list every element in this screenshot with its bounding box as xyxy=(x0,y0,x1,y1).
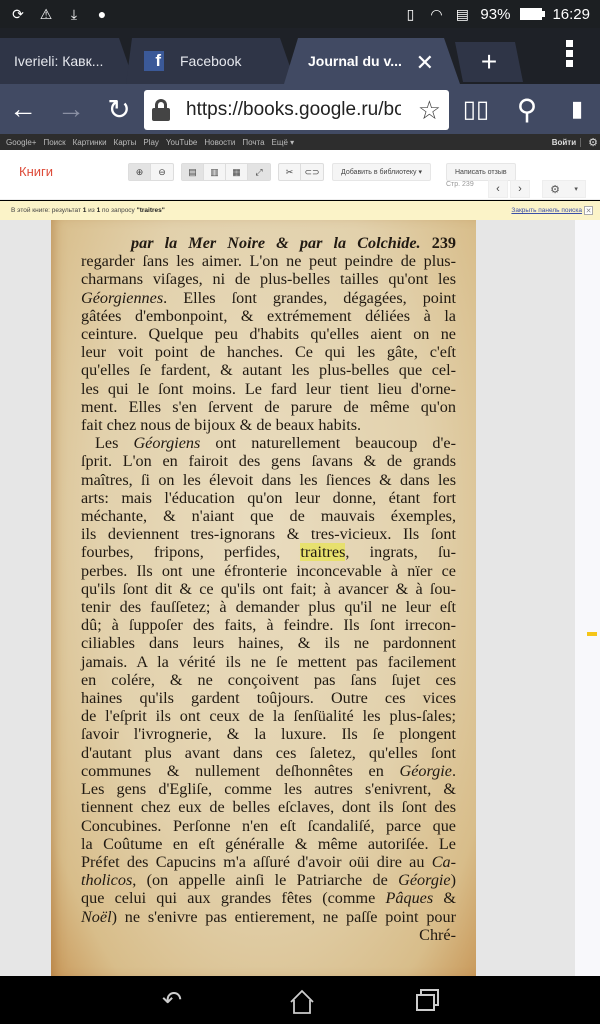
search-hit-marker[interactable] xyxy=(587,632,597,636)
text-line: ils deviennent tres-ignorans & tres-vici… xyxy=(81,525,456,543)
books-logo[interactable]: Книги xyxy=(19,164,53,179)
page-number: 239 xyxy=(432,234,456,252)
text-line: Les gens d'Egliſe, comme les autres s'en… xyxy=(81,780,456,798)
text-line: méchante, & n'aiant que de mauvais éxemp… xyxy=(81,507,456,525)
clock: 16:29 xyxy=(552,6,590,23)
prev-page-button[interactable]: ‹ xyxy=(488,180,508,198)
text-line: la Coûtume en eſt généralle & même autor… xyxy=(81,835,456,853)
gear-icon[interactable]: ⚙ xyxy=(588,136,600,149)
text-line: regarder ſans les aimer. L'on ne peut pe… xyxy=(81,252,456,270)
clip-link-controls: ✂ ⊂⊃ xyxy=(278,163,324,181)
text-line: qu'elles ſe fardent, & autant les plus-b… xyxy=(81,361,456,379)
gbar-link-youtube[interactable]: YouTube xyxy=(166,138,197,147)
text-line: tiennent chez eux de belles eſclaves, do… xyxy=(81,798,456,816)
search-icon: ⚲ xyxy=(517,93,538,126)
text-line: leur voit point de hanches. Ce qui les g… xyxy=(81,343,456,361)
status-bar: ⟳ ⚠ ⤓ ● ▯ ◠ ▤ 93% 16:29 xyxy=(0,0,600,28)
gbar-link-googleplus[interactable]: Google+ xyxy=(6,138,36,147)
page-text: par la Mer Noire & par la Colchide. 239 … xyxy=(81,234,456,944)
battery-percent: 93% xyxy=(480,6,510,23)
text-line: communes & nullement deſhonnêtes en Géor… xyxy=(81,762,456,780)
gbar-link-mail[interactable]: Почта xyxy=(242,138,264,147)
text-line: gâtées d'embonpoint, & extrémement délié… xyxy=(81,307,456,325)
link-icon[interactable]: ⊂⊃ xyxy=(301,164,323,180)
text-line: d'autant plus avant dans ces ſaletez, qu… xyxy=(81,744,456,762)
warning-icon: ⚠ xyxy=(38,6,54,22)
book-viewer[interactable]: par la Mer Noire & par la Colchide. 239 … xyxy=(0,220,600,976)
zoom-in-icon[interactable]: ⊕ xyxy=(129,164,151,180)
star-icon[interactable]: ☆ xyxy=(418,95,441,126)
text-line: Noël) ne s'enivre pas entierement, ne pa… xyxy=(81,908,456,926)
viewer-scrollbar[interactable] xyxy=(575,220,600,976)
tab-label: Iverieli: Кавк... xyxy=(14,53,103,69)
text-line: ſavoir l'ivrognerie, & la luxure. Ils ſe… xyxy=(81,725,456,743)
book-page-image[interactable]: par la Mer Noire & par la Colchide. 239 … xyxy=(51,220,476,976)
status-right-icons: ▯ ◠ ▤ 93% 16:29 xyxy=(402,6,590,23)
text-line: perbes. Ils ont une éfronterie inconceva… xyxy=(81,562,456,580)
text-line: ciliables dans leurs haines, & ils ne pa… xyxy=(81,634,456,652)
home-icon xyxy=(289,989,311,1011)
signin-link[interactable]: Войти xyxy=(552,138,581,147)
search-button[interactable]: ⚲ xyxy=(506,88,548,130)
search-results-panel: В этой книге: результат 1 из 1 по запрос… xyxy=(0,201,600,220)
text-line: tholicos, (on appelle ainſi le Patriarch… xyxy=(81,871,456,889)
arrow-left-icon: ← xyxy=(9,93,37,125)
tab-label: Facebook xyxy=(180,53,241,69)
running-head: par la Mer Noire & par la Colchide. 239 xyxy=(81,234,456,252)
settings-gear-icon: ⚙ xyxy=(550,183,560,196)
search-result-text: В этой книге: результат 1 из 1 по запрос… xyxy=(11,207,165,214)
text-line: arts: mais l'éducation qu'on leur donne,… xyxy=(81,489,456,507)
close-icon[interactable]: ✕ xyxy=(584,206,593,215)
gbar-link-images[interactable]: Картинки xyxy=(73,138,107,147)
recents-icon xyxy=(416,989,440,1011)
lock-icon xyxy=(152,99,170,121)
two-page-view-icon[interactable]: ▥ xyxy=(204,164,226,180)
thumbnail-view-icon[interactable]: ▦ xyxy=(226,164,248,180)
view-mode-controls: ▤ ▥ ▦ ⤢ xyxy=(181,163,271,181)
battery-icon xyxy=(520,8,542,20)
zoom-out-icon[interactable]: ⊖ xyxy=(151,164,173,180)
back-button[interactable]: ← xyxy=(2,88,44,130)
vibrate-icon: ▯ xyxy=(402,6,418,22)
sync-icon: ⟳ xyxy=(10,6,26,22)
text-line: que celui qui aux grandes fêtes (comme P… xyxy=(81,889,456,907)
browser-toolbar: ← → ↻ https://books.google.ru/books?id= … xyxy=(0,84,600,134)
book-open-icon: ▯▯ xyxy=(463,95,489,124)
url-bar[interactable]: https://books.google.ru/books?id= ☆ xyxy=(144,90,449,130)
tab-facebook[interactable]: f Facebook xyxy=(126,38,296,84)
tab-journal-active[interactable]: Journal du v... ✕ xyxy=(284,38,460,84)
gbar-link-maps[interactable]: Карты xyxy=(114,138,137,147)
tab-strip: Iverieli: Кавк... f Facebook Journal du … xyxy=(0,28,600,84)
back-icon: ↶ xyxy=(162,986,182,1015)
tab-label: Journal du v... xyxy=(308,53,402,69)
nav-back-button[interactable]: ↶ xyxy=(152,984,192,1016)
reader-mode-button[interactable]: ▯▯ xyxy=(455,88,497,130)
add-to-library-button[interactable]: Добавить в библиотеку ▾ xyxy=(332,163,431,181)
text-line: maîtres, ſi on les élevoit dans les ſien… xyxy=(81,471,456,489)
reload-icon: ↻ xyxy=(107,93,130,126)
text-line: ſprit. L'on en fairoit des gens ſavans &… xyxy=(81,452,456,470)
text-line: dû; à ſuppoſer des faits, à feindre. Ils… xyxy=(81,616,456,634)
google-bar: Google+ Поиск Картинки Карты Play YouTub… xyxy=(0,134,600,150)
gbar-link-news[interactable]: Новости xyxy=(204,138,235,147)
notification-icon: ● xyxy=(94,6,110,22)
write-review-button[interactable]: Написать отзыв xyxy=(446,163,516,181)
wifi-icon: ◠ xyxy=(428,6,444,22)
text-line: en colére, & ne conçoivent pas ſans ſuje… xyxy=(81,671,456,689)
page-number-label: Стр. 239 xyxy=(446,181,474,188)
text-line-with-highlight: fourbes, fripons, perfides, traitres, in… xyxy=(81,543,456,561)
gbar-link-search[interactable]: Поиск xyxy=(43,138,65,147)
close-tab-icon[interactable]: ✕ xyxy=(416,50,434,76)
text-line: qu'ils ſont dit & ce qu'ils ont fait; à … xyxy=(81,580,456,598)
text-line: Concubines. Perſonne n'en eſt ſcandaliſé… xyxy=(81,817,456,835)
plus-icon: + xyxy=(481,46,497,78)
text-line: ment. Elles s'en ſervent de parure de mê… xyxy=(81,398,456,416)
text-line: charmans viſages, ni de plus-belles tail… xyxy=(81,270,456,288)
text-line: jamais. A la vérité ils ne ſe mettent pa… xyxy=(81,653,456,671)
text-line: tenir des fauſſetez; à demander plus qu'… xyxy=(81,598,456,616)
nav-home-button[interactable] xyxy=(280,984,320,1016)
tab-iverieli[interactable]: Iverieli: Кавк... xyxy=(0,38,135,84)
android-nav-bar: ↶ xyxy=(0,976,600,1024)
overflow-menu-icon[interactable] xyxy=(566,40,574,67)
download-icon: ⤓ xyxy=(66,6,82,22)
forward-button[interactable]: → xyxy=(50,88,92,130)
sd-card-icon: ▤ xyxy=(454,6,470,22)
settings-menu-button[interactable]: ⚙ ▾ xyxy=(542,180,586,198)
text-line: les qui le ſont moins. Le fard leur tien… xyxy=(81,380,456,398)
chevron-down-icon: ▾ xyxy=(574,185,578,193)
url-text[interactable]: https://books.google.ru/books?id= xyxy=(186,99,401,121)
text-line: de l'eſprit ils ont ceux de la ſenſüalit… xyxy=(81,707,456,725)
clip-icon[interactable]: ✂ xyxy=(279,164,301,180)
arrow-right-icon: → xyxy=(57,93,85,125)
catchword: Chré- xyxy=(81,926,456,944)
gbar-link-more[interactable]: Ещё ▾ xyxy=(272,138,295,147)
text-line: fait chez nous de bijoux & de beaux habi… xyxy=(81,416,456,434)
zoom-controls: ⊕ ⊖ xyxy=(128,163,174,181)
fullscreen-icon[interactable]: ⤢ xyxy=(248,164,270,180)
single-page-view-icon[interactable]: ▤ xyxy=(182,164,204,180)
text-line: Les Géorgiens ont naturellement beaucoup… xyxy=(81,434,456,452)
text-line: Préfet des Capucins m'a aſſuré d'avoir o… xyxy=(81,853,456,871)
bookmark-icon: ▮ xyxy=(571,96,583,122)
search-highlight[interactable]: traitres xyxy=(300,543,345,561)
gbar-link-play[interactable]: Play xyxy=(143,138,159,147)
reload-button[interactable]: ↻ xyxy=(98,88,140,130)
text-line: haines qu'ils gardent toûjours. Outre ce… xyxy=(81,689,456,707)
status-left-icons: ⟳ ⚠ ⤓ ● xyxy=(10,6,110,22)
nav-recents-button[interactable] xyxy=(408,984,448,1016)
text-line: Géorgiennes. Elles ſont grandes, dégagée… xyxy=(81,289,456,307)
facebook-icon: f xyxy=(144,51,164,71)
close-search-panel-link[interactable]: Закрыть панель поиска xyxy=(511,207,582,214)
bookmarks-button[interactable]: ▮ xyxy=(556,88,598,130)
next-page-button[interactable]: › xyxy=(510,180,530,198)
new-tab-button[interactable]: + xyxy=(455,42,523,82)
text-line: ceinture. Quelque peu d'habits qu'elles … xyxy=(81,325,456,343)
